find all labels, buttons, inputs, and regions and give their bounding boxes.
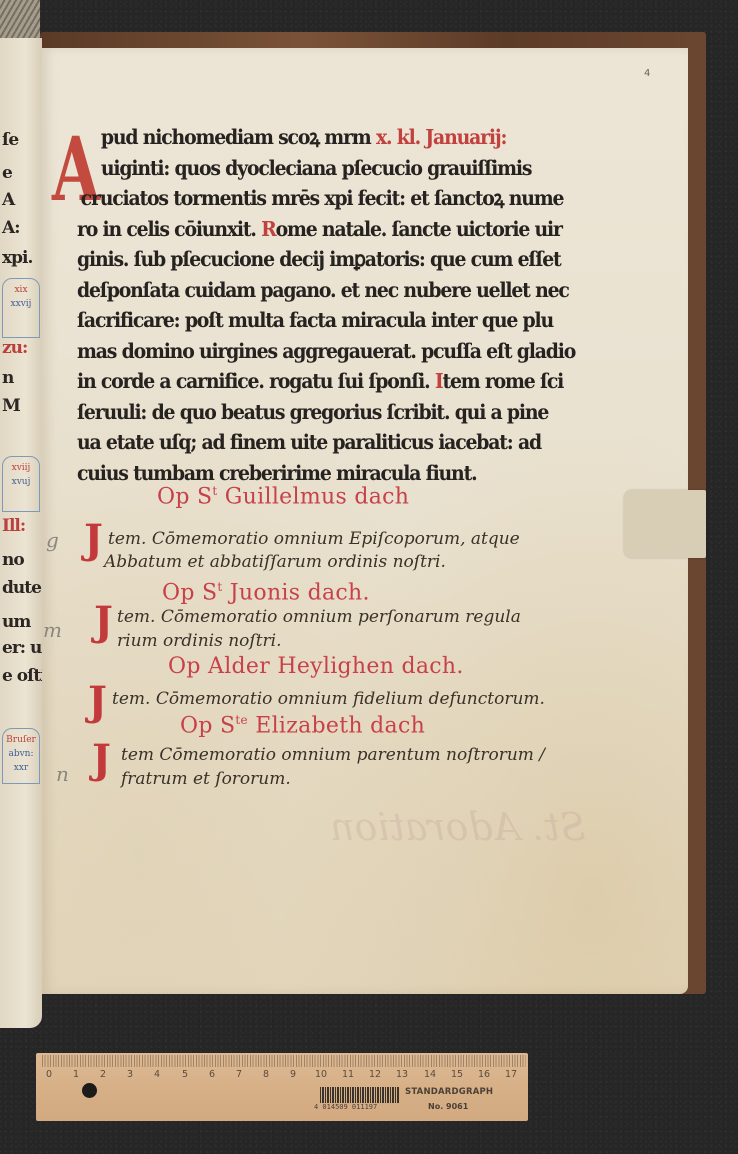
ruler-tick-label: 0	[46, 1069, 52, 1080]
left-fragment: Ill:	[2, 516, 25, 536]
ruler-tick-label: 16	[478, 1069, 490, 1080]
left-fragment: e	[2, 163, 12, 183]
text-line: ſacrificare: poſt multa facta miracula i…	[77, 305, 537, 336]
entry-line: rium ordinis noſtri.	[117, 630, 282, 652]
ruler-tick-label: 4	[154, 1069, 160, 1080]
ruler-tick-label: 9	[290, 1069, 296, 1080]
barcode-number: 4 014509 011197	[314, 1103, 377, 1111]
entry-initial: J	[92, 740, 111, 780]
rubric-initial: R	[261, 217, 275, 241]
left-fragment: no	[2, 550, 24, 570]
entry-line: tem. Cōmemoratio omnium perſonarum regul…	[117, 606, 521, 628]
pencil-mark: n	[56, 762, 69, 786]
entry-line: tem. Cōmemoratio omnium Epiſcoporum, atq…	[108, 528, 520, 550]
left-page-edge: ſe e A A: xpi. xix xxvij zu: n M xviij x…	[0, 38, 42, 1028]
text-line: ſeruuli: de quo beatus gregorius ſcribit…	[77, 397, 537, 428]
ruler-brand: STANDARDGRAPH	[405, 1087, 493, 1097]
calendar-box-blue: xxvij	[3, 297, 39, 311]
left-fragment: A:	[2, 218, 19, 238]
main-text-block: pud nichomediam scoꝝ mrm x. kl. Januarij…	[77, 122, 537, 488]
left-fragment: zu:	[2, 338, 27, 358]
left-fragment: dute:	[2, 578, 42, 598]
text-line: pud nichomediam scoꝝ mrm x. kl. Januarij…	[77, 122, 537, 153]
entry-initial: J	[94, 602, 113, 642]
left-fragment: er: uſ	[2, 638, 42, 658]
left-fragment: e oſti	[2, 666, 42, 686]
showthrough-text: St. Adoration	[330, 805, 586, 849]
calendar-box-red: xviij	[3, 461, 39, 475]
left-fragment: n	[2, 368, 13, 388]
ruler-tick-label: 13	[396, 1069, 408, 1080]
ruler-model: No. 9061	[428, 1102, 468, 1111]
feast-heading: Op Ste Elizabeth dach	[180, 713, 425, 738]
entry-initial: J	[88, 682, 107, 722]
entry-line: tem Cōmemoratio omnium parentum noſtroru…	[121, 744, 545, 766]
rubric-date: x. kl. Januarij:	[376, 125, 506, 149]
calendar-box-blue: abvn: xxr	[3, 747, 39, 775]
ruler-hole	[82, 1083, 97, 1098]
ruler-tick-label: 11	[342, 1069, 354, 1080]
paper-tab-slip	[624, 490, 706, 558]
ruler-tick-label: 10	[315, 1069, 327, 1080]
text-line: deſponſata cuidam pagano. et nec nubere …	[77, 275, 537, 306]
entry-line: Abbatum et abbatiſſarum ordinis noſtri.	[104, 551, 446, 573]
feast-heading: Op St Juonis dach.	[162, 580, 370, 605]
left-fragment: um	[2, 612, 30, 632]
ruler-tick-label: 7	[236, 1069, 242, 1080]
text-line: in corde a carnifice. rogatu ſui ſponſi.…	[77, 366, 537, 397]
ruler-tick-label: 3	[127, 1069, 133, 1080]
ruler-tick-label: 14	[424, 1069, 436, 1080]
text-line: ro in celis cōiunxit. Rome natale. ſanct…	[77, 214, 537, 245]
left-fragment: A	[2, 190, 14, 210]
barcode-icon	[320, 1087, 400, 1103]
calendar-box-red: Bruſer	[3, 733, 39, 747]
calendar-box-blue: xvuj	[3, 475, 39, 489]
ruler-tick-label: 8	[263, 1069, 269, 1080]
ruler-tick-label: 17	[505, 1069, 517, 1080]
ruler-tick-label: 1	[73, 1069, 79, 1080]
text-line: ua etate uſq; ad finem uite paraliticus …	[77, 427, 537, 458]
left-fragment: xpi.	[2, 248, 32, 268]
text-line: ginis. ſub pſecucione decij imꝑatoris: q…	[77, 244, 537, 275]
folio-number: 4	[644, 68, 650, 79]
calendar-box: Bruſer abvn: xxr	[2, 728, 40, 784]
calendar-box: xviij xvuj	[2, 456, 40, 512]
entry-initial: J	[84, 520, 103, 560]
entry-line: fratrum et ſororum.	[121, 768, 291, 790]
ruler-tick-label: 2	[100, 1069, 106, 1080]
feast-heading: Op Alder Heylighen dach.	[168, 654, 464, 679]
ruler-tick-label: 5	[182, 1069, 188, 1080]
text-line: mas domino uirgines aggregauerat. pcuſſa…	[77, 336, 537, 367]
entry-line: tem. Cōmemoratio omnium fidelium defunct…	[112, 688, 545, 710]
ruler-tick-label: 6	[209, 1069, 215, 1080]
text-line: cruciatos tormentis mrēs xpi fecit: et ſ…	[77, 183, 537, 214]
left-fragment: ſe	[2, 130, 18, 150]
feast-heading: Op St Guillelmus dach	[157, 484, 409, 509]
calendar-box-red: xix	[3, 283, 39, 297]
scale-ruler: 0 1 2 3 4 5 6 7 8 9 10 11 12 13 14 15 16…	[36, 1053, 528, 1121]
left-fragment: M	[2, 396, 20, 416]
text-line: uiginti: quos dyocleciana pſecucio graui…	[77, 153, 537, 184]
pencil-mark: g	[46, 528, 59, 552]
ruler-tick-label: 12	[369, 1069, 381, 1080]
ruler-ticks	[42, 1055, 526, 1067]
ruler-tick-label: 15	[451, 1069, 463, 1080]
pencil-mark: m	[43, 618, 62, 642]
calendar-box: xix xxvij	[2, 278, 40, 338]
